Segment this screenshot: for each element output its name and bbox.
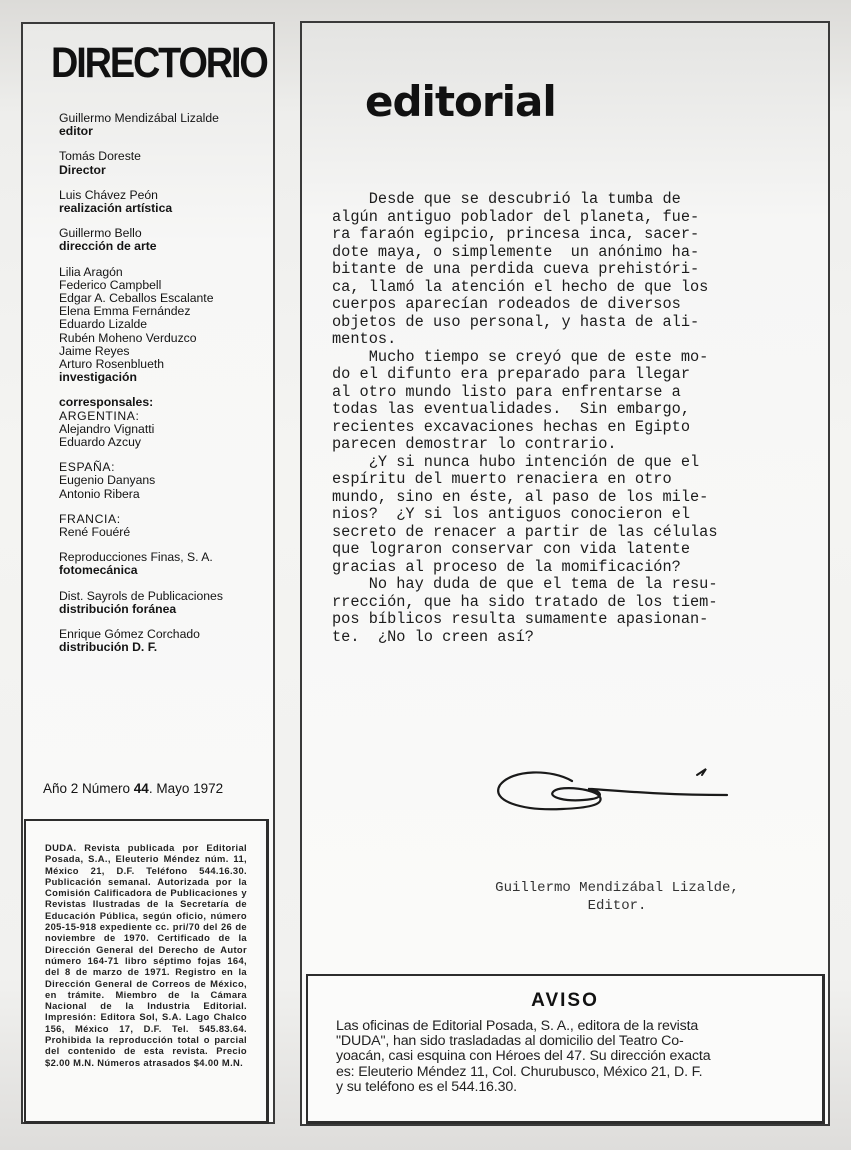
notice-line: yoacán, casi esquina con Héroes del 47. … xyxy=(336,1049,811,1064)
editorial-line: algún antiguo poblador del planeta, fue- xyxy=(332,209,802,227)
editorial-line: ra faraón egipcio, princesa inca, sacer- xyxy=(332,226,802,244)
service-photomechanics: Reproducciones Finas, S. A. fotomecánica xyxy=(59,551,269,577)
notice-title: AVISO xyxy=(308,990,822,1012)
editorial-line: do el difunto era preparado para llegar xyxy=(332,366,802,384)
editorial-line: mentos. xyxy=(332,331,802,349)
staff-group-art-direction: Guillermo Bello dirección de arte xyxy=(59,227,269,253)
editorial-line: Mucho tiempo se creyó que de este mo- xyxy=(332,349,802,367)
editorial-line: rrección, que ha sido tratado de los tie… xyxy=(332,594,802,612)
editorial-line: que lograron conservar con vida latente xyxy=(332,541,802,559)
staff-role: editor xyxy=(59,125,269,138)
editorial-line: parecen demostrar lo contrario. xyxy=(332,436,802,454)
issue-date: . Mayo 1972 xyxy=(149,781,223,796)
editorial-line: espíritu del muerto renaciera en otro xyxy=(332,471,802,489)
staff-role: investigación xyxy=(59,371,269,384)
staff-name: Rubén Moheno Verduzco xyxy=(59,332,269,345)
editorial-line: dote maya, o simplemente un anónimo ha- xyxy=(332,244,802,262)
editorial-line: recientes excavaciones hechas en Egipto xyxy=(332,419,802,437)
editorial-panel: editorial Desde que se descubrió la tumb… xyxy=(300,21,830,1126)
country-label: ARGENTINA: xyxy=(59,410,269,423)
staff-role: realización artística xyxy=(59,202,269,215)
issue-number: 44 xyxy=(134,781,149,796)
service-role: distribución foránea xyxy=(59,603,269,616)
notice-line: y su teléfono es el 544.16.30. xyxy=(336,1080,811,1095)
staff-group-editor: Guillermo Mendizábal Lizalde editor xyxy=(59,112,269,138)
issue-prefix: Año 2 Número xyxy=(43,781,134,796)
service-role: distribución D. F. xyxy=(59,641,269,654)
signer-name: Guillermo Mendizábal Lizalde, xyxy=(452,879,782,897)
editorial-line: pos bíblicos resulta sumamente apasionan… xyxy=(332,611,802,629)
notice-line: es: Eleuterio Méndez 11, Col. Churubusco… xyxy=(336,1065,811,1080)
editorial-line: secreto de renacer a partir de las célul… xyxy=(332,524,802,542)
editorial-line: Desde que se descubrió la tumba de xyxy=(332,191,802,209)
editorial-line: objetos de uso personal, y hasta de ali- xyxy=(332,314,802,332)
directory-panel: DIRECTORIO Guillermo Mendizábal Lizalde … xyxy=(21,22,275,1124)
correspondents-argentina: corresponsales: ARGENTINA: Alejandro Vig… xyxy=(59,396,269,449)
staff-name: Tomás Doreste xyxy=(59,150,269,163)
editorial-line: No hay duda de que el tema de la resu- xyxy=(332,576,802,594)
service-df-distribution: Enrique Gómez Corchado distribución D. F… xyxy=(59,628,269,654)
editorial-line: te. ¿No lo creen así? xyxy=(332,629,802,647)
staff-group-research: Lilia Aragón Federico Campbell Edgar A. … xyxy=(59,266,269,385)
directory-list: Guillermo Mendizábal Lizalde editor Tomá… xyxy=(59,112,269,667)
staff-role: dirección de arte xyxy=(59,240,269,253)
correspondent-name: Antonio Ribera xyxy=(59,488,269,501)
editorial-line: nios? ¿Y si los antiguos conocieron el xyxy=(332,506,802,524)
correspondents-france: FRANCIA: René Fouéré xyxy=(59,513,269,539)
editorial-line: todas las eventualidades. Sin embargo, xyxy=(332,401,802,419)
signer-block: Guillermo Mendizábal Lizalde, Editor. xyxy=(452,879,782,915)
editorial-line: al otro mundo listo para enfrentarse a xyxy=(332,384,802,402)
editorial-line: cuerpos aparecían rodeados de diversos xyxy=(332,296,802,314)
notice-line: "DUDA", han sido trasladadas al domicili… xyxy=(336,1034,811,1049)
issue-info: Año 2 Número 44. Mayo 1972 xyxy=(43,781,223,796)
notice-line: Las oficinas de Editorial Posada, S. A.,… xyxy=(336,1019,811,1034)
editorial-line: ca, llamó la atención el hecho de que lo… xyxy=(332,279,802,297)
service-role: fotomecánica xyxy=(59,564,269,577)
correspondent-name: Eduardo Azcuy xyxy=(59,436,269,449)
staff-role: Director xyxy=(59,164,269,177)
service-name: Dist. Sayrols de Publicaciones xyxy=(59,590,269,603)
correspondent-name: Eugenio Danyans xyxy=(59,474,269,487)
signature-icon xyxy=(492,763,732,833)
editorial-line: bitante de una perdida cueva prehistóri- xyxy=(332,261,802,279)
editorial-line: ¿Y si nunca hubo intención de que el xyxy=(332,454,802,472)
editorial-line: gracias al proceso de la momificación? xyxy=(332,559,802,577)
service-foreign-distribution: Dist. Sayrols de Publicaciones distribuc… xyxy=(59,590,269,616)
staff-name: Eduardo Lizalde xyxy=(59,318,269,331)
notice-box: AVISO Las oficinas de Editorial Posada, … xyxy=(306,974,825,1124)
staff-group-artistic: Luis Chávez Peón realización artística xyxy=(59,189,269,215)
notice-text: Las oficinas de Editorial Posada, S. A.,… xyxy=(336,1019,811,1095)
correspondents-label: corresponsales: xyxy=(59,396,269,409)
signer-title: Editor. xyxy=(452,897,782,915)
editorial-body: Desde que se descubrió la tumba dealgún … xyxy=(332,191,802,646)
editorial-title: editorial xyxy=(365,81,556,123)
directory-title: DIRECTORIO xyxy=(51,42,236,85)
staff-group-director: Tomás Doreste Director xyxy=(59,150,269,176)
editorial-line: mundo, sino en éste, al paso de los mile… xyxy=(332,489,802,507)
correspondents-spain: ESPAÑA: Eugenio Danyans Antonio Ribera xyxy=(59,461,269,501)
correspondent-name: René Fouéré xyxy=(59,526,269,539)
legal-notice-box: DUDA. Revista publicada por Editorial Po… xyxy=(24,819,269,1124)
staff-name: Lilia Aragón xyxy=(59,266,269,279)
legal-notice-text: DUDA. Revista publicada por Editorial Po… xyxy=(45,842,247,1068)
